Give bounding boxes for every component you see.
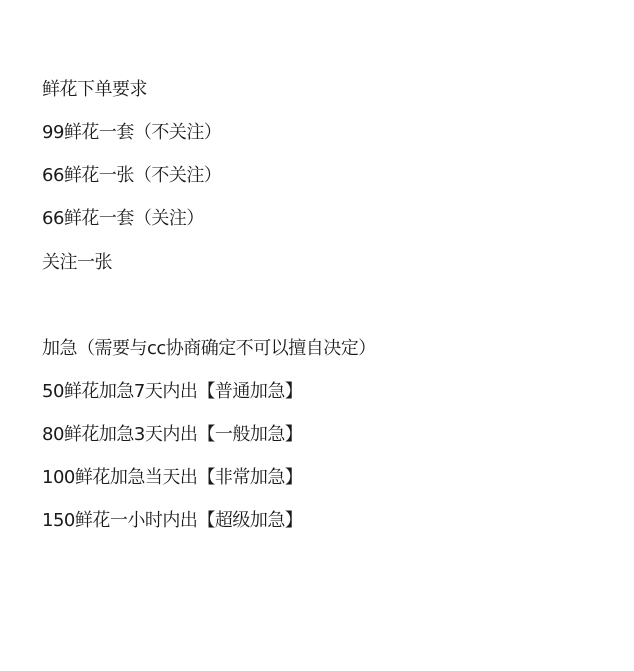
rush-item: 50鲜花加急7天内出【普通加急】 xyxy=(42,381,302,403)
rush-item: 150鲜花一小时内出【超级加急】 xyxy=(42,510,302,532)
order-item: 99鲜花一套（不关注） xyxy=(42,122,221,144)
rush-item: 80鲜花加急3天内出【一般加急】 xyxy=(42,424,302,446)
order-item: 66鲜花一套（关注） xyxy=(42,208,204,230)
order-requirements-title: 鲜花下单要求 xyxy=(42,79,147,101)
rush-item: 100鲜花加急当天出【非常加急】 xyxy=(42,467,302,489)
order-item: 66鲜花一张（不关注） xyxy=(42,165,221,187)
order-item: 关注一张 xyxy=(42,252,112,274)
rush-title: 加急（需要与cc协商确定不可以擅自决定） xyxy=(42,338,376,360)
